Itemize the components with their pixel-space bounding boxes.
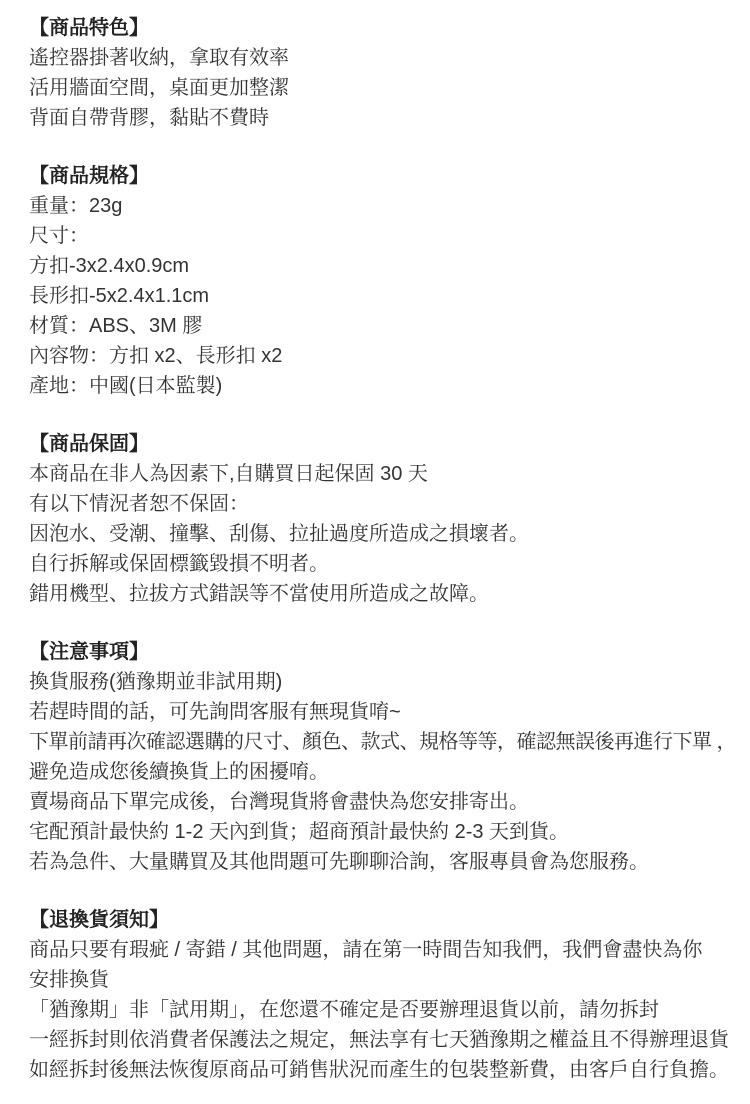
spec-line: 尺寸： [29, 221, 750, 251]
warranty-line: 因泡水、受潮、撞擊、刮傷、拉扯過度所造成之損壞者。 [29, 519, 750, 549]
warranty-line: 錯用機型、拉拔方式錯誤等不當使用所造成之故障。 [29, 579, 750, 609]
feature-line: 活用牆面空間，桌面更加整潔 [29, 73, 750, 103]
spec-line: 產地：中國(日本監製) [29, 371, 750, 401]
notes-line: 若為急件、大量購買及其他問題可先聊聊洽詢，客服專員會為您服務。 [29, 847, 750, 877]
spec-line: 重量：23g [29, 191, 750, 221]
feature-line: 遙控器掛著收納，拿取有效率 [29, 43, 750, 73]
returns-line: 如經拆封後無法恢復原商品可銷售狀況而產生的包裝整新費，由客戶自行負擔。 [29, 1055, 750, 1085]
section-title-notes: 【注意事項】 [29, 637, 750, 667]
section-title-features: 【商品特色】 [29, 13, 750, 43]
returns-line: 一經拆封則依消費者保護法之規定，無法享有七天猶豫期之權益且不得辦理退貨 [29, 1025, 750, 1055]
notes-line: 宅配預計最快約 1-2 天內到貨；超商預計最快約 2-3 天到貨。 [29, 817, 750, 847]
notes-line: 避免造成您後續換貨上的困擾唷。 [29, 757, 750, 787]
section-title-warranty: 【商品保固】 [29, 429, 750, 459]
section-notes: 【注意事項】 換貨服務(猶豫期並非試用期) 若趕時間的話，可先詢問客服有無現貨唷… [29, 637, 750, 877]
notes-line: 換貨服務(猶豫期並非試用期) [29, 667, 750, 697]
notes-line: 賣場商品下單完成後，台灣現貨將會盡快為您安排寄出。 [29, 787, 750, 817]
spec-line: 長形扣-5x2.4x1.1cm [29, 281, 750, 311]
section-warranty: 【商品保固】 本商品在非人為因素下,自購買日起保固 30 天 有以下情況者恕不保… [29, 429, 750, 609]
section-returns: 【退換貨須知】 商品只要有瑕疵 / 寄錯 / 其他問題，請在第一時間告知我們，我… [29, 905, 750, 1085]
spec-line: 材質：ABS、3M 膠 [29, 311, 750, 341]
notes-line: 下單前請再次確認選購的尺寸、顏色、款式、規格等等，確認無誤後再進行下單 ， [29, 727, 750, 757]
spec-line: 方扣-3x2.4x0.9cm [29, 251, 750, 281]
spec-line: 內容物：方扣 x2、長形扣 x2 [29, 341, 750, 371]
product-description: 【商品特色】 遙控器掛著收納，拿取有效率 活用牆面空間，桌面更加整潔 背面自帶背… [0, 0, 750, 1085]
warranty-line: 本商品在非人為因素下,自購買日起保固 30 天 [29, 459, 750, 489]
warranty-line: 有以下情況者恕不保固： [29, 489, 750, 519]
warranty-line: 自行拆解或保固標籤毀損不明者。 [29, 549, 750, 579]
returns-line: 「猶豫期」非「試用期」，在您還不確定是否要辦理退貨以前，請勿拆封 [29, 995, 750, 1025]
notes-line: 若趕時間的話，可先詢問客服有無現貨唷~ [29, 697, 750, 727]
section-title-returns: 【退換貨須知】 [29, 905, 750, 935]
section-title-specs: 【商品規格】 [29, 161, 750, 191]
returns-line: 安排換貨 [29, 965, 750, 995]
section-features: 【商品特色】 遙控器掛著收納，拿取有效率 活用牆面空間，桌面更加整潔 背面自帶背… [29, 13, 750, 133]
section-specs: 【商品規格】 重量：23g 尺寸： 方扣-3x2.4x0.9cm 長形扣-5x2… [29, 161, 750, 401]
returns-line: 商品只要有瑕疵 / 寄錯 / 其他問題，請在第一時間告知我們，我們會盡快為你 [29, 935, 750, 965]
feature-line: 背面自帶背膠，黏貼不費時 [29, 103, 750, 133]
